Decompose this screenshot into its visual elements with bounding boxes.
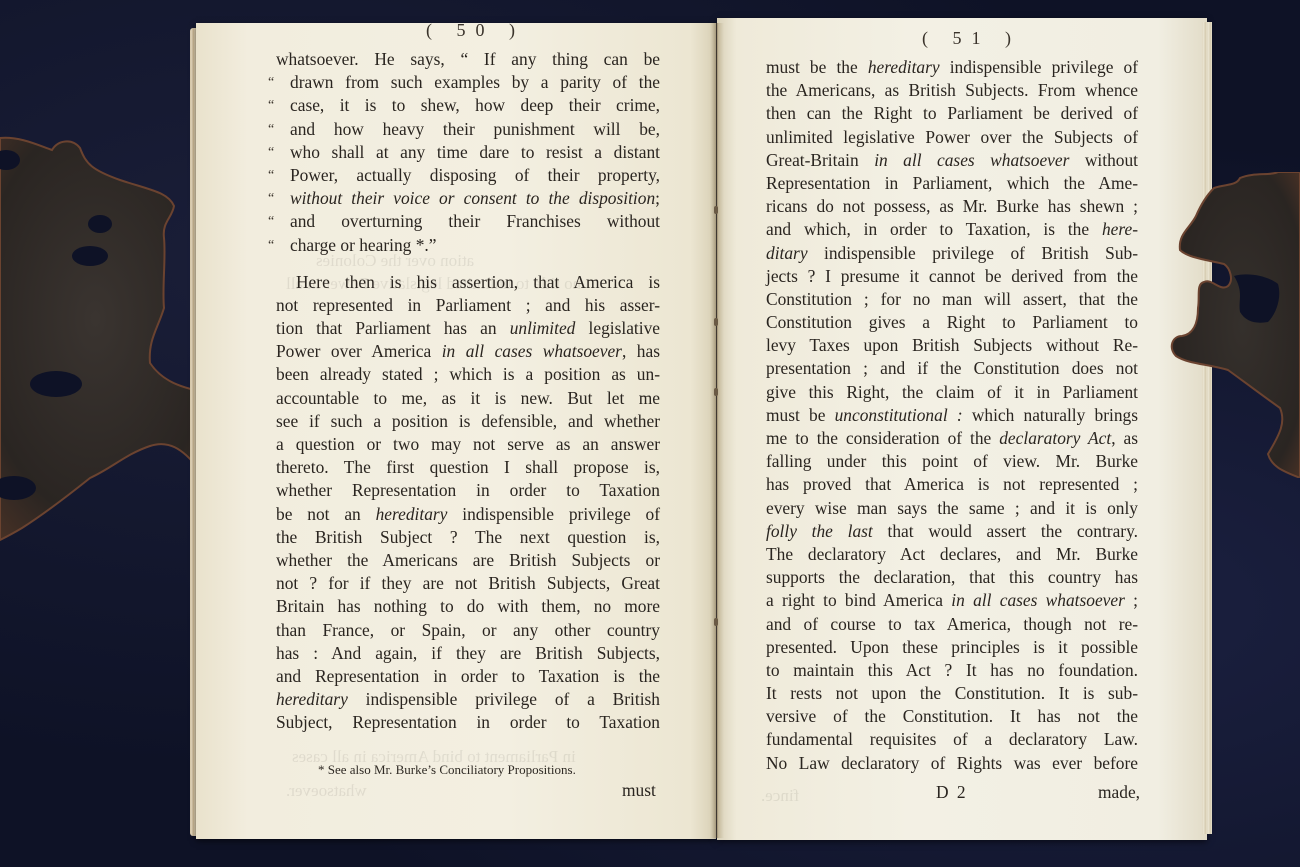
text-line: a question or two may not serve as an an… (276, 433, 660, 456)
text-line: folly the last that would assert the con… (766, 520, 1138, 543)
page-number-right: ( 51 ) (922, 28, 1021, 49)
text-line: The declaratory Act declares, and Mr. Bu… (766, 543, 1138, 566)
catchword-right: made, (1098, 782, 1140, 803)
text-line: jects ? I presume it cannot be derived f… (766, 265, 1138, 288)
page-number-left: ( 50 ) (426, 20, 525, 41)
text-line: unlimited legislative Power over the Sub… (766, 126, 1138, 149)
text-line: whether Representation in order to Taxat… (276, 479, 660, 502)
quoted-line: “case, it is to shew, how deep their cri… (276, 94, 660, 117)
text-line: whether the Americans are British Subjec… (276, 549, 660, 572)
text-line: Great-Britain in all cases whatsoever wi… (766, 149, 1138, 172)
quoted-line: “and overturning their Franchises withou… (276, 210, 660, 233)
right-page-text: must be the hereditary indispensible pri… (766, 56, 1138, 775)
text-line: Power over America in all cases whatsoev… (276, 340, 660, 363)
text-line: Constitution gives a Right to Parliament… (766, 311, 1138, 334)
text-line: give this Right, the claim of it in Parl… (766, 381, 1138, 404)
text-line: ditary indispensible privilege of Britis… (766, 242, 1138, 265)
text-line: than France, or Spain, or any other coun… (276, 619, 660, 642)
binding-stitch (714, 206, 718, 214)
photo-scene: ation over the Colonies no title to unli… (0, 0, 1300, 867)
quoted-line: “charge or hearing *.” (276, 234, 660, 257)
text-line: tion that Parliament has an unlimited le… (276, 317, 660, 340)
text-line: accountable to me, as it is new. But let… (276, 387, 660, 410)
text-line: ricans do not possess, as Mr. Burke has … (766, 195, 1138, 218)
text-line: presented. Upon these principles is it p… (766, 636, 1138, 659)
text-line: No Law declaratory of Rights was ever be… (766, 752, 1138, 775)
footnote: * See also Mr. Burke’s Conciliatory Prop… (318, 762, 576, 778)
text-line: must be unconstitutional : which natural… (766, 404, 1138, 427)
text-line: supports the declaration, that this coun… (766, 566, 1138, 589)
text-line: and of course to tax America, though not… (766, 613, 1138, 636)
text-line: a right to bind America in all cases wha… (766, 589, 1138, 612)
text-line: the British Subject ? The next question … (276, 526, 660, 549)
book-gutter (710, 23, 724, 838)
open-book: ation over the Colonies no title to unli… (190, 18, 1216, 840)
text-line: me to the consideration of the declarato… (766, 427, 1138, 450)
text-line: falling under this point of view. Mr. Bu… (766, 450, 1138, 473)
left-page-text: whatsoever. He says, “ If any thing can … (276, 48, 660, 734)
text-line: and Representation in order to Taxation … (276, 665, 660, 688)
signature-mark: D 2 (936, 782, 968, 803)
text-line: has proved that America is not represent… (766, 473, 1138, 496)
text-line: to maintain this Act ? It has no foundat… (766, 659, 1138, 682)
text-line: been already stated ; which is a positio… (276, 363, 660, 386)
text-line: Constitution ; for no man will assert, t… (766, 288, 1138, 311)
text-line: has : And again, if they are British Sub… (276, 642, 660, 665)
show-through-text: whatsoever. (286, 781, 367, 801)
text-line: every wise man says the same ; and it is… (766, 497, 1138, 520)
text-line: Representation in Parliament, which the … (766, 172, 1138, 195)
text-line: the Americans, as British Subjects. From… (766, 79, 1138, 102)
quoted-line: “and how heavy their punishment will be, (276, 118, 660, 141)
quoted-line: “drawn from such examples by a parity of… (276, 71, 660, 94)
text-line: hereditary indispensible privilege of a … (276, 688, 660, 711)
text-line: and which, in order to Taxation, is the … (766, 218, 1138, 241)
text-line: whatsoever. He says, “ If any thing can … (276, 48, 660, 71)
text-line: versive of the Constitution. It has not … (766, 705, 1138, 728)
text-line: Subject, Representation in order to Taxa… (276, 711, 660, 734)
text-line: then can the Right to Parliament be deri… (766, 102, 1138, 125)
text-line: presentation ; and if the Constitution d… (766, 357, 1138, 380)
text-line: see if such a position is defensible, an… (276, 410, 660, 433)
binding-stitch (714, 318, 718, 326)
text-line: It rests not upon the Constitution. It i… (766, 682, 1138, 705)
text-line: not represented in Parliament ; and his … (276, 294, 660, 317)
text-line: must be the hereditary indispensible pri… (766, 56, 1138, 79)
text-line: Britain has nothing to do with them, no … (276, 595, 660, 618)
text-line: fundamental requisites of a declaratory … (766, 728, 1138, 751)
binding-stitch (714, 388, 718, 396)
quoted-line: “without their voice or consent to the d… (276, 187, 660, 210)
catchword-left: must (622, 780, 656, 801)
text-line: be not an hereditary indispensible privi… (276, 503, 660, 526)
quoted-line: “who shall at any time dare to resist a … (276, 141, 660, 164)
text-line: thereto. The first question I shall prop… (276, 456, 660, 479)
quoted-line: “Power, actually disposing of their prop… (276, 164, 660, 187)
show-through-text: fince. (761, 786, 799, 806)
text-line: not ? for if they are not British Subjec… (276, 572, 660, 595)
text-line: Here then is his assertion, that America… (276, 271, 660, 294)
metal-clasp-right-icon (1168, 172, 1300, 478)
binding-stitch (714, 618, 718, 626)
text-line: levy Taxes upon British Subjects without… (766, 334, 1138, 357)
